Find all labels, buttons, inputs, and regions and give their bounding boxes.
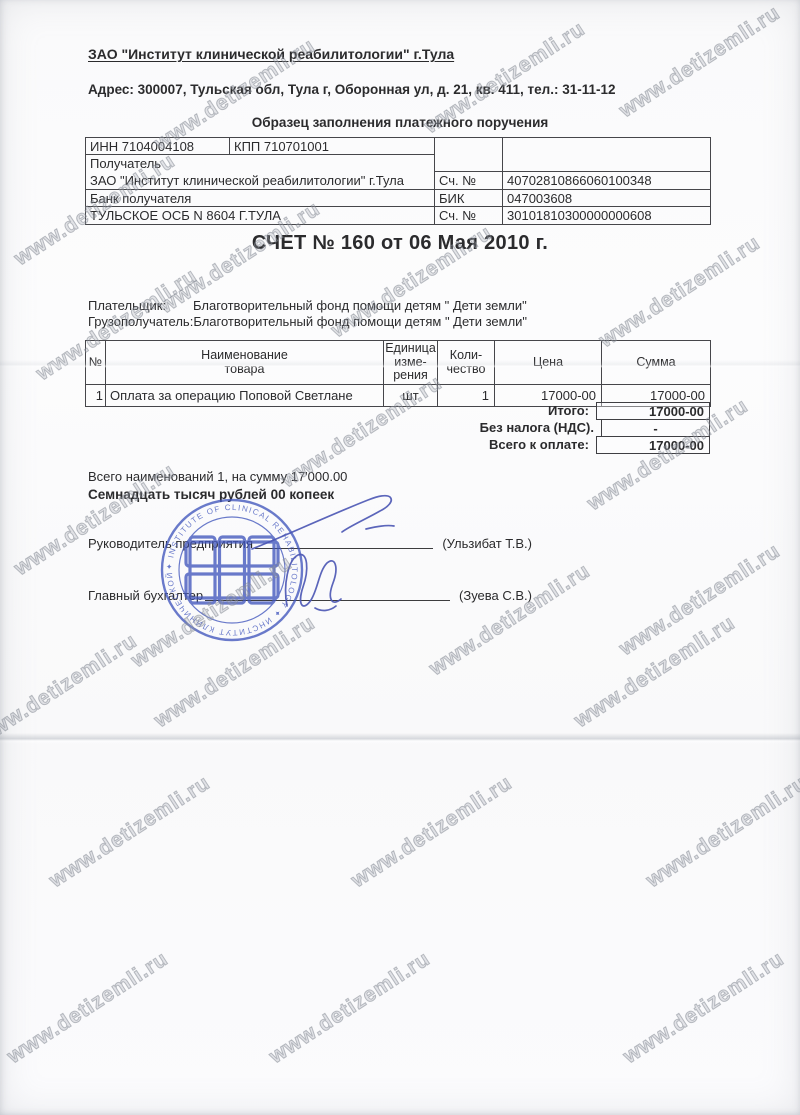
kpp-cell: КПП 710701001 — [230, 138, 435, 155]
vat-label: Без налога (НДС). — [85, 419, 601, 437]
watermark-text: www.detizemli.ru — [615, 539, 785, 661]
total-due-label: Всего к оплате: — [85, 436, 596, 454]
bik-label-cell: БИК — [435, 190, 503, 207]
bank-name-cell: ТУЛЬСКОЕ ОСБ N 8604 Г.ТУЛА — [86, 207, 435, 225]
recipient-label-cell: Получатель — [86, 155, 435, 172]
totals-row-total: Всего к оплате: 17000-00 — [85, 436, 710, 454]
payer-value: Благотворительный фонд помощи детям " Де… — [193, 298, 527, 314]
items-table: № Наименование товара Единица изме- рени… — [85, 340, 711, 407]
consignee-value: Благотворительный фонд помощи детям " Де… — [193, 314, 527, 330]
col-header-sum: Сумма — [602, 341, 711, 385]
inn-cell: ИНН 7104004108 — [86, 138, 230, 155]
col-header-name: Наименование товара — [106, 341, 384, 385]
col-header-qty: Коли- чество — [438, 341, 495, 385]
accountant-signature-line — [205, 600, 450, 601]
watermark-text: www.detizemli.ru — [619, 947, 789, 1069]
payer-row: Плательщик: Благотворительный фонд помощ… — [88, 298, 527, 314]
watermark-text: www.detizemli.ru — [570, 611, 740, 733]
watermark-text: www.detizemli.ru — [3, 947, 173, 1069]
col-header-price: Цена — [495, 341, 602, 385]
invoice-title: СЧЕТ № 160 от 06 Мая 2010 г. — [0, 232, 800, 255]
amount-in-words: Семнадцать тысяч рублей 00 копеек — [88, 487, 334, 502]
payer-block: Плательщик: Благотворительный фонд помощ… — [88, 298, 527, 329]
bank-details-table: ИНН 7104004108 КПП 710701001 Получатель … — [85, 137, 711, 225]
watermark-text: www.detizemli.ru — [265, 947, 435, 1069]
totals-row-vat: Без налога (НДС). - — [85, 419, 710, 437]
watermark-text: www.detizemli.ru — [150, 611, 320, 733]
accountant-name: (Зуева С.В.) — [459, 588, 532, 603]
watermark-text: www.detizemli.ru — [45, 771, 215, 893]
col-header-num: № — [86, 341, 106, 385]
company-address: Адрес: 300007, Тульская обл, Тула г, Обо… — [88, 82, 616, 97]
fold-crease-lower — [0, 733, 800, 744]
items-count-line: Всего наименований 1, на сумму 17'000.00 — [88, 469, 347, 484]
consignee-row: Грузополучатель: Благотворительный фонд … — [88, 314, 527, 330]
account-label-cell-2: Сч. № — [435, 207, 503, 225]
watermark-text: www.detizemli.ru — [642, 771, 800, 893]
watermark-text: www.detizemli.ru — [0, 629, 142, 751]
vat-value: - — [601, 419, 710, 437]
total-due-value: 17000-00 — [596, 436, 710, 454]
watermark-text: www.detizemli.ru — [425, 559, 595, 681]
subtotal-label: Итого: — [85, 402, 596, 420]
watermark-text: www.detizemli.ru — [127, 551, 297, 673]
consignee-label: Грузополучатель: — [88, 314, 193, 330]
company-name: ЗАО "Институт клинической реабилитологии… — [88, 46, 454, 62]
watermark-text: www.detizemli.ru — [347, 771, 517, 893]
director-signature-row: Руководитель предприятия (Ульзибат Т.В.) — [88, 536, 532, 551]
watermark-text: www.detizemli.ru — [615, 1, 785, 123]
account-label-spacer — [435, 138, 503, 172]
subtotal-value: 17000-00 — [596, 402, 710, 420]
col-header-unit: Единица изме- рения — [384, 341, 438, 385]
accountant-label: Главный бухгалтер — [88, 588, 203, 603]
accountant-signature-row: Главный бухгалтер (Зуева С.В.) — [88, 588, 532, 603]
bik-value-cell: 047003608 — [503, 190, 711, 207]
invoice-scan-page: ЗАО "Институт клинической реабилитологии… — [0, 0, 800, 1115]
account-number-spacer — [503, 138, 711, 172]
account-number-cell-1: 40702810866060100348 — [503, 172, 711, 190]
form-sample-title: Образец заполнения платежного поручения — [0, 115, 800, 130]
director-name: (Ульзибат Т.В.) — [442, 536, 532, 551]
director-label: Руководитель предприятия — [88, 536, 253, 551]
recipient-name-cell: ЗАО "Институт клинической реабилитологии… — [86, 172, 435, 190]
account-label-cell-1: Сч. № — [435, 172, 503, 190]
director-signature-line — [255, 548, 433, 549]
totals-row-subtotal: Итого: 17000-00 — [85, 402, 710, 420]
payer-label: Плательщик: — [88, 298, 193, 314]
bank-label-cell: Банк получателя — [86, 190, 435, 207]
account-number-cell-2: 30101810300000000608 — [503, 207, 711, 225]
